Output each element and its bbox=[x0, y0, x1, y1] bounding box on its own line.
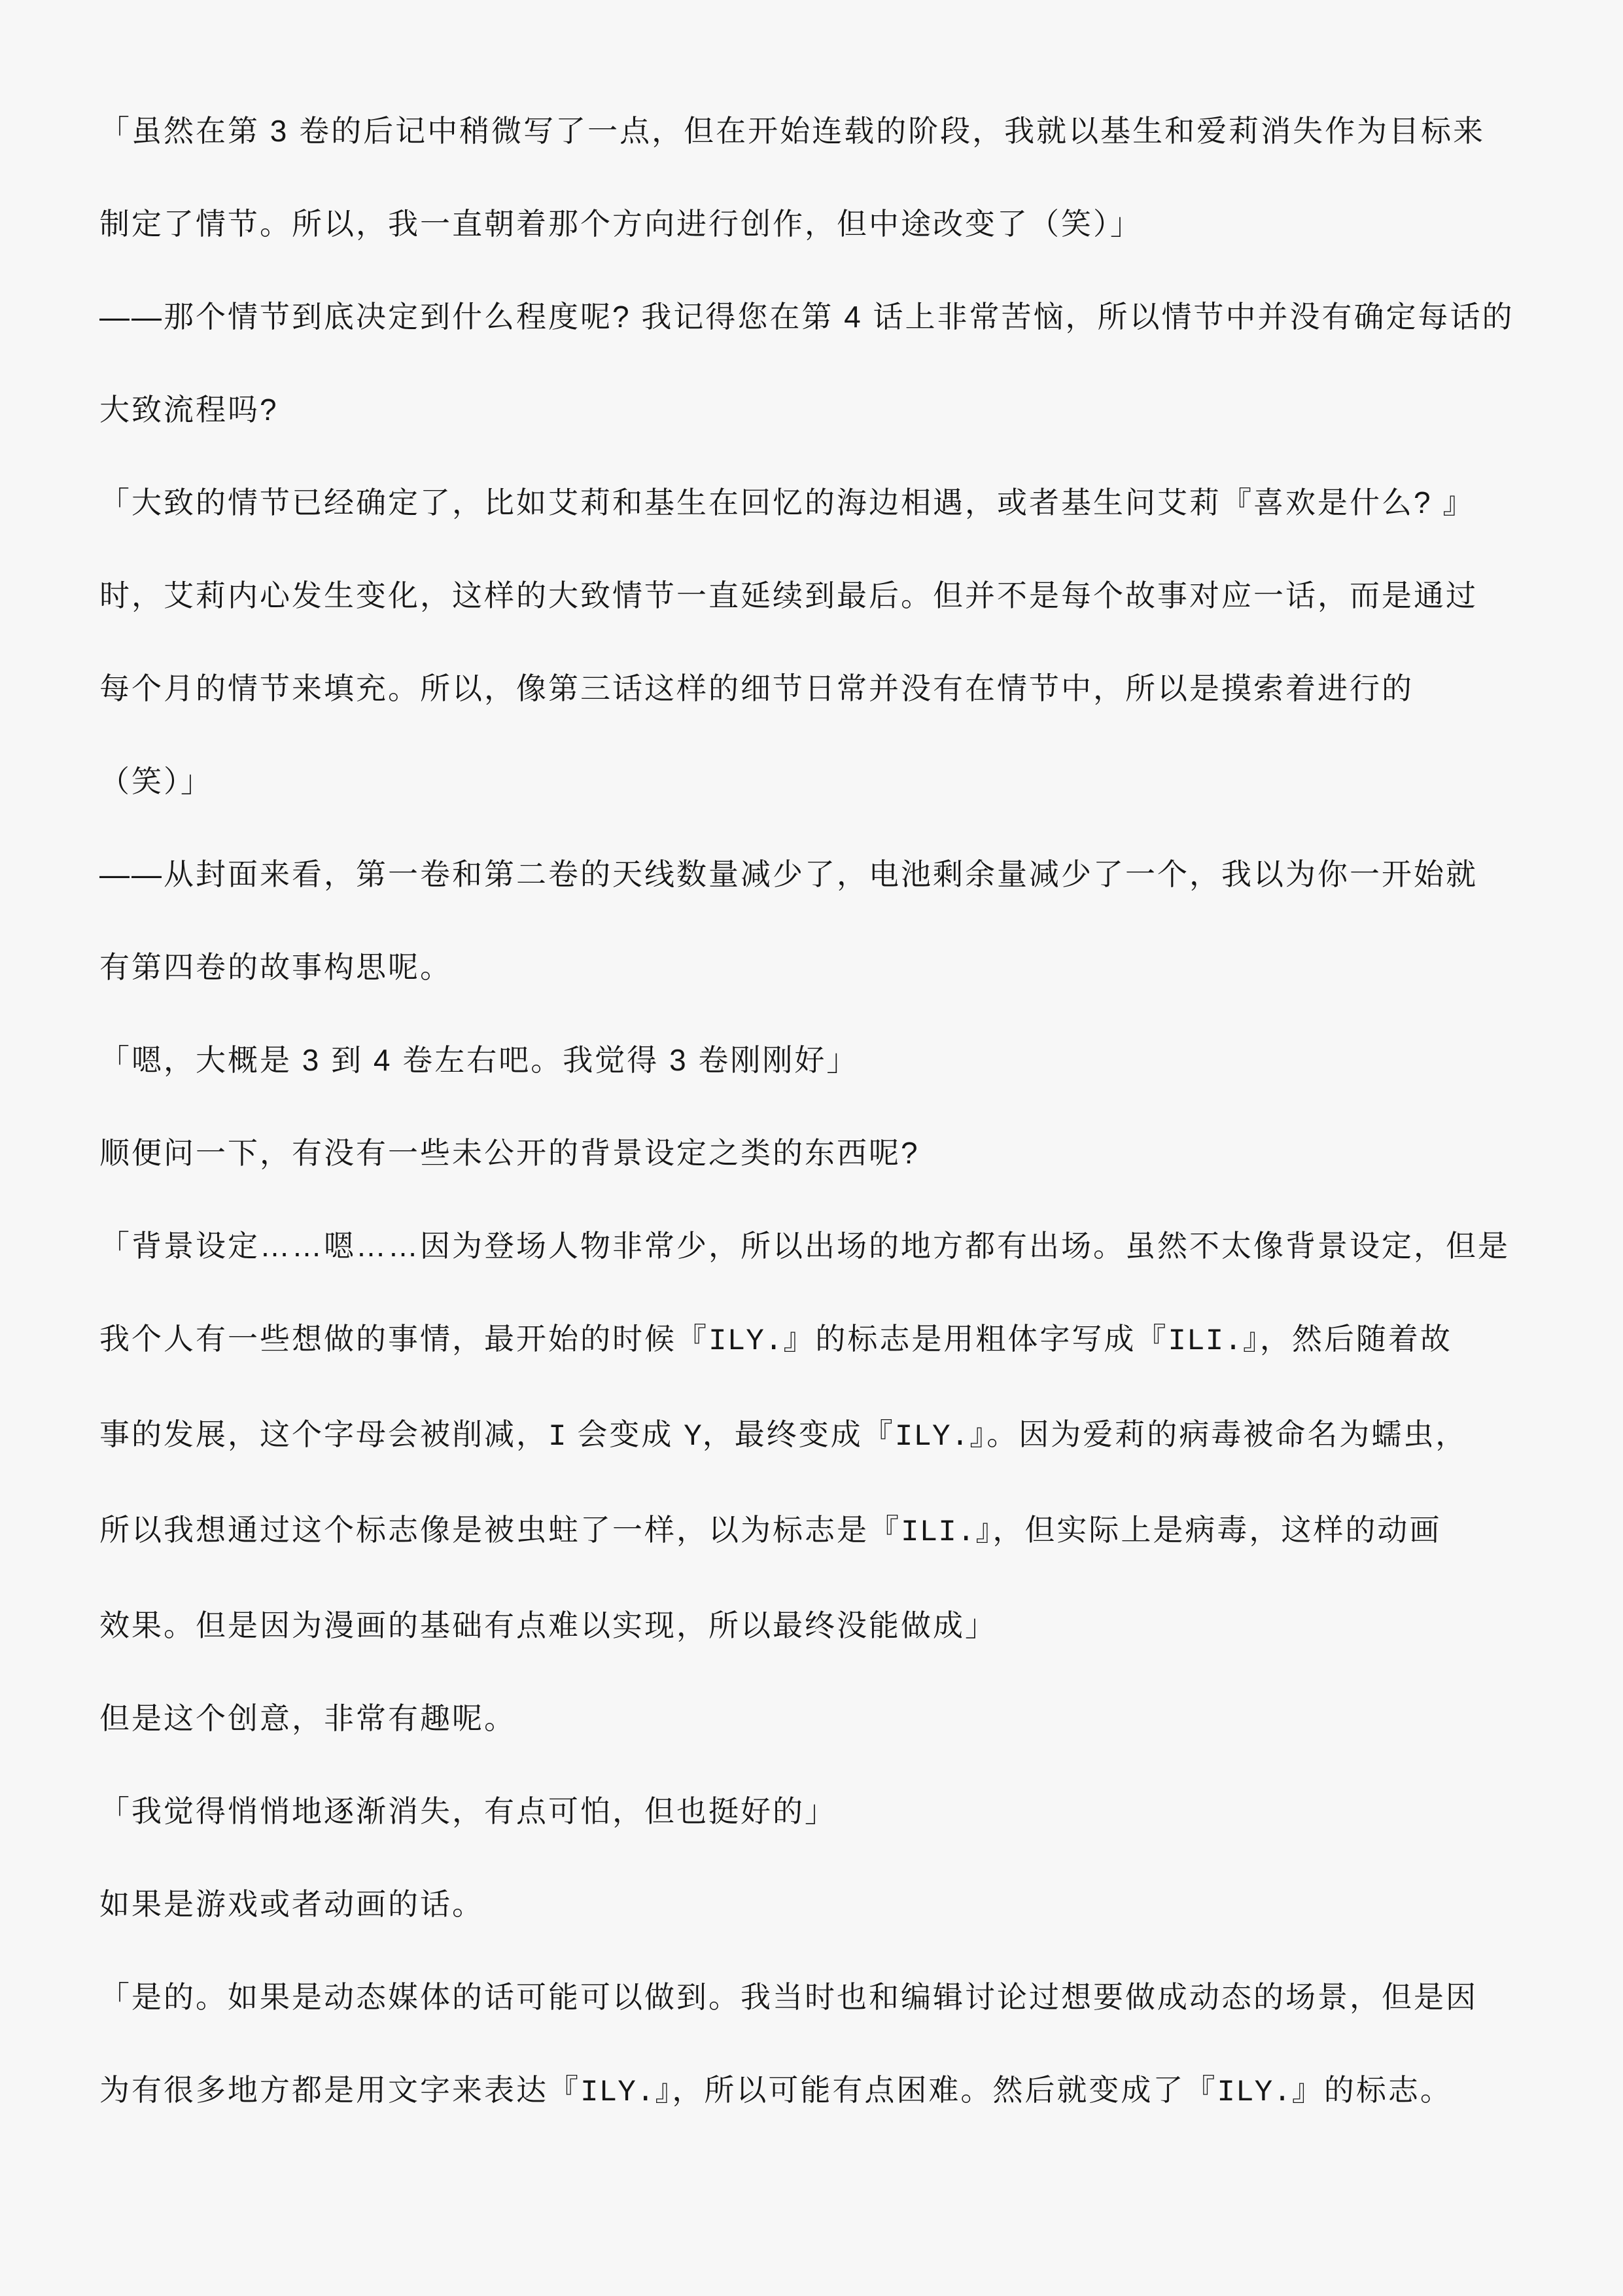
text-line: 「我觉得悄悄地逐渐消失，有点可怕，但也挺好的」 bbox=[99, 1765, 1571, 1858]
text-line: 我个人有一些想做的事情，最开始的时候『ILY.』的标志是用粗体字写成『ILI.』… bbox=[99, 1292, 1571, 1388]
latin-logo-text: ILI. bbox=[901, 1515, 975, 1549]
text-line: （笑）」 bbox=[99, 735, 1571, 828]
text-line: 时，艾莉内心发生变化，这样的大致情节一直延续到最后。但并不是每个故事对应一话，而… bbox=[99, 549, 1571, 642]
text-line: 如果是游戏或者动画的话。 bbox=[99, 1858, 1571, 1951]
text-line: 制定了情节。所以，我一直朝着那个方向进行创作，但中途改变了（笑）」 bbox=[99, 177, 1571, 270]
text-line: 「嗯，大概是 3 到 4 卷左右吧。我觉得 3 卷刚刚好」 bbox=[99, 1014, 1571, 1106]
text-line: 每个月的情节来填充。所以，像第三话这样的细节日常并没有在情节中，所以是摸索着进行… bbox=[99, 642, 1571, 735]
text-line: 「背景设定……嗯……因为登场人物非常少，所以出场的地方都有出场。虽然不太像背景设… bbox=[99, 1199, 1571, 1292]
latin-logo-text: I bbox=[548, 1420, 567, 1454]
interview-text-body: 「虽然在第 3 卷的后记中稍微写了一点，但在开始连载的阶段，我就以基生和爱莉消失… bbox=[0, 0, 1623, 2139]
text-line: 事的发展，这个字母会被削减，I 会变成 Y，最终变成『ILY.』。因为爱莉的病毒… bbox=[99, 1388, 1571, 1483]
text-line: 顺便问一下，有没有一些未公开的背景设定之类的东西呢? bbox=[99, 1106, 1571, 1199]
text-line: 「是的。如果是动态媒体的话可能可以做到。我当时也和编辑讨论过想要做成动态的场景，… bbox=[99, 1951, 1571, 2043]
text-line: 为有很多地方都是用文字来表达『ILY.』，所以可能有点困难。然后就变成了『ILY… bbox=[99, 2043, 1571, 2139]
text-line: 效果。但是因为漫画的基础有点难以实现，所以最终没能做成」 bbox=[99, 1579, 1571, 1672]
latin-logo-text: Y bbox=[684, 1420, 703, 1454]
text-line: 「虽然在第 3 卷的后记中稍微写了一点，但在开始连载的阶段，我就以基生和爱莉消失… bbox=[99, 84, 1571, 177]
latin-logo-text: ILY. bbox=[1217, 2075, 1291, 2110]
text-line: 有第四卷的故事构思呢。 bbox=[99, 921, 1571, 1014]
document-page: 「虽然在第 3 卷的后记中稍微写了一点，但在开始连载的阶段，我就以基生和爱莉消失… bbox=[0, 0, 1623, 2296]
latin-logo-text: ILY. bbox=[708, 1324, 783, 1358]
text-line: ――从封面来看，第一卷和第二卷的天线数量减少了，电池剩余量减少了一个，我以为你一… bbox=[99, 828, 1571, 921]
text-line: 所以我想通过这个标志像是被虫蛀了一样，以为标志是『ILI.』，但实际上是病毒，这… bbox=[99, 1483, 1571, 1579]
latin-logo-text: ILY. bbox=[895, 1420, 969, 1454]
latin-logo-text: ILI. bbox=[1168, 1324, 1242, 1358]
latin-logo-text: ILY. bbox=[580, 2075, 655, 2110]
text-line: 但是这个创意，非常有趣呢。 bbox=[99, 1672, 1571, 1765]
text-line: 大致流程吗? bbox=[99, 363, 1571, 456]
text-line: ——那个情节到底决定到什么程度呢? 我记得您在第 4 话上非常苦恼，所以情节中并… bbox=[99, 270, 1571, 363]
text-line: 「大致的情节已经确定了，比如艾莉和基生在回忆的海边相遇，或者基生问艾莉『喜欢是什… bbox=[99, 456, 1571, 549]
